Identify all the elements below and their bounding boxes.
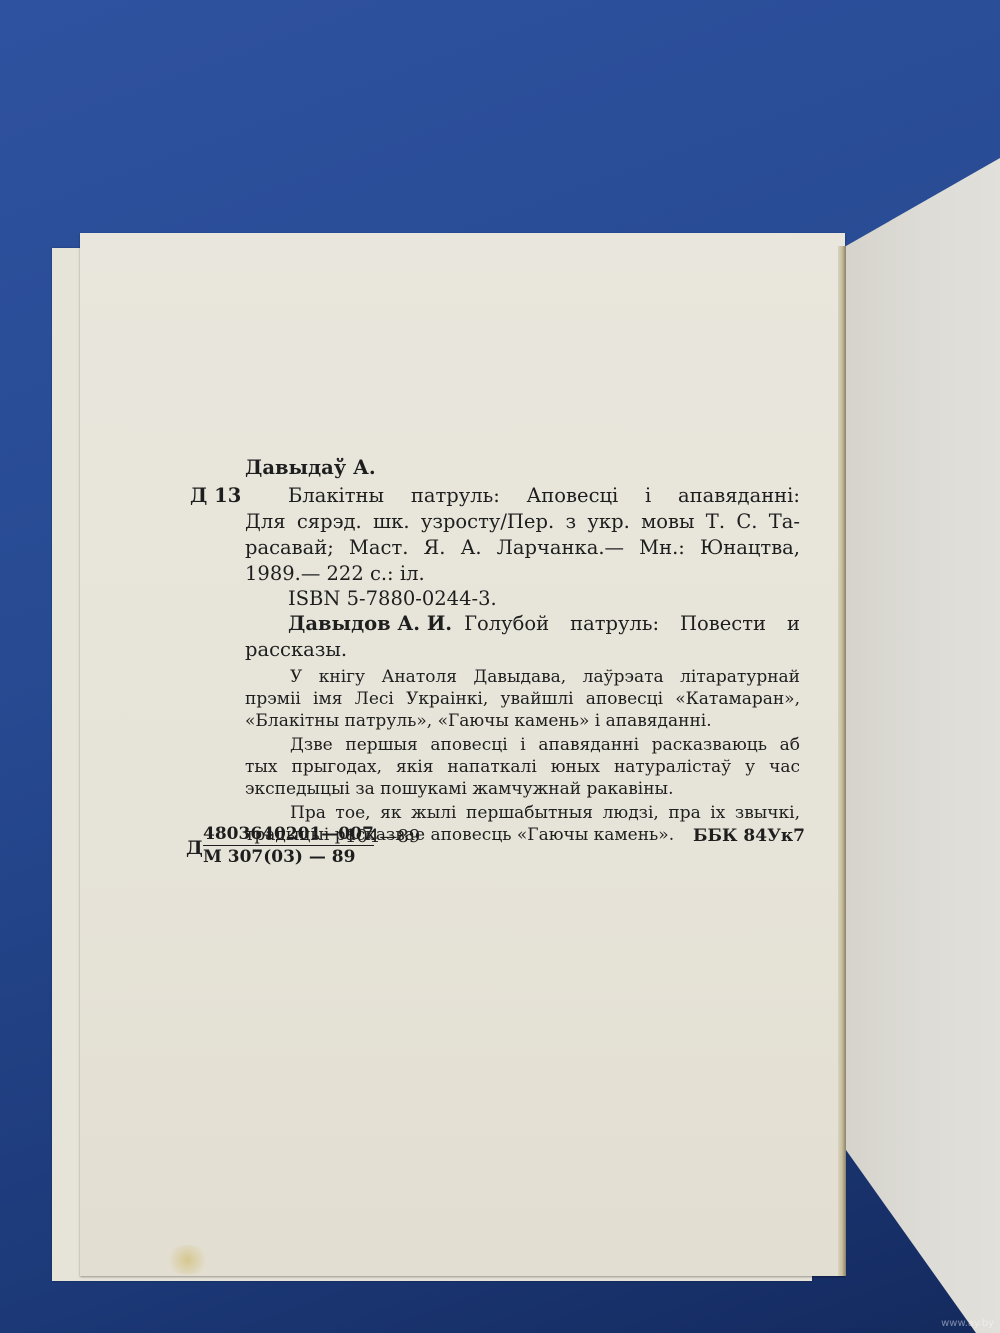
code-suffix: 104—89 [345,826,420,847]
code-prefix: Д [186,837,203,859]
parallel-title-line-2: рассказы. [245,638,347,661]
annotation-p2-l2: тых прыгодах, якія напаткалі юных натура… [245,757,800,778]
parallel-title: Голубой патруль: Повести и [464,612,800,635]
annotation-p3-l1: Пра тое, як жылі першабытныя людзі, пра … [290,803,800,824]
book-gutter [838,246,846,1276]
annotation-p1-l1: У кнігу Анатоля Давыдава, лаўрэата літар… [290,667,800,688]
bbk-code: ББК 84Ук7 [693,826,805,846]
annotation-p2-l3: экспедыцыі за пошукамі жамчужнай ракавін… [245,779,674,800]
title-line-2: Для сярэд. шк. узросту/Пер. з укр. мовы … [245,510,800,533]
watermark: www.ay.by [941,1318,994,1329]
author-heading: Давыдаў А. [245,456,376,479]
page-stain [165,1245,210,1275]
code-denominator: М 307(03) — 89 [203,847,355,867]
title-line-3: расавай; Маст. Я. А. Ларчанка.— Мн.: Юна… [245,536,800,559]
parallel-title-line-1: Давыдов А. И. Голубой патруль: Повести и [288,612,800,635]
annotation-p1-l3: «Блакітны патруль», «Гаючы камень» і апа… [245,711,712,732]
annotation-p1-l2: прэміі імя Лесі Украінкі, увайшлі аповес… [245,689,800,710]
annotation-p2-l1: Дзве першыя аповесці і апавяданні расказ… [290,735,800,756]
index-code: Д 13 [190,484,241,507]
parallel-author: Давыдов А. И. [288,612,452,635]
isbn: ISBN 5-7880-0244-3. [288,587,497,610]
title-line-4: 1989.— 222 с.: іл. [245,562,425,585]
facing-page [846,0,1000,1333]
title-line-1: Блакітны патруль: Аповесці і апавяданні: [288,484,800,507]
